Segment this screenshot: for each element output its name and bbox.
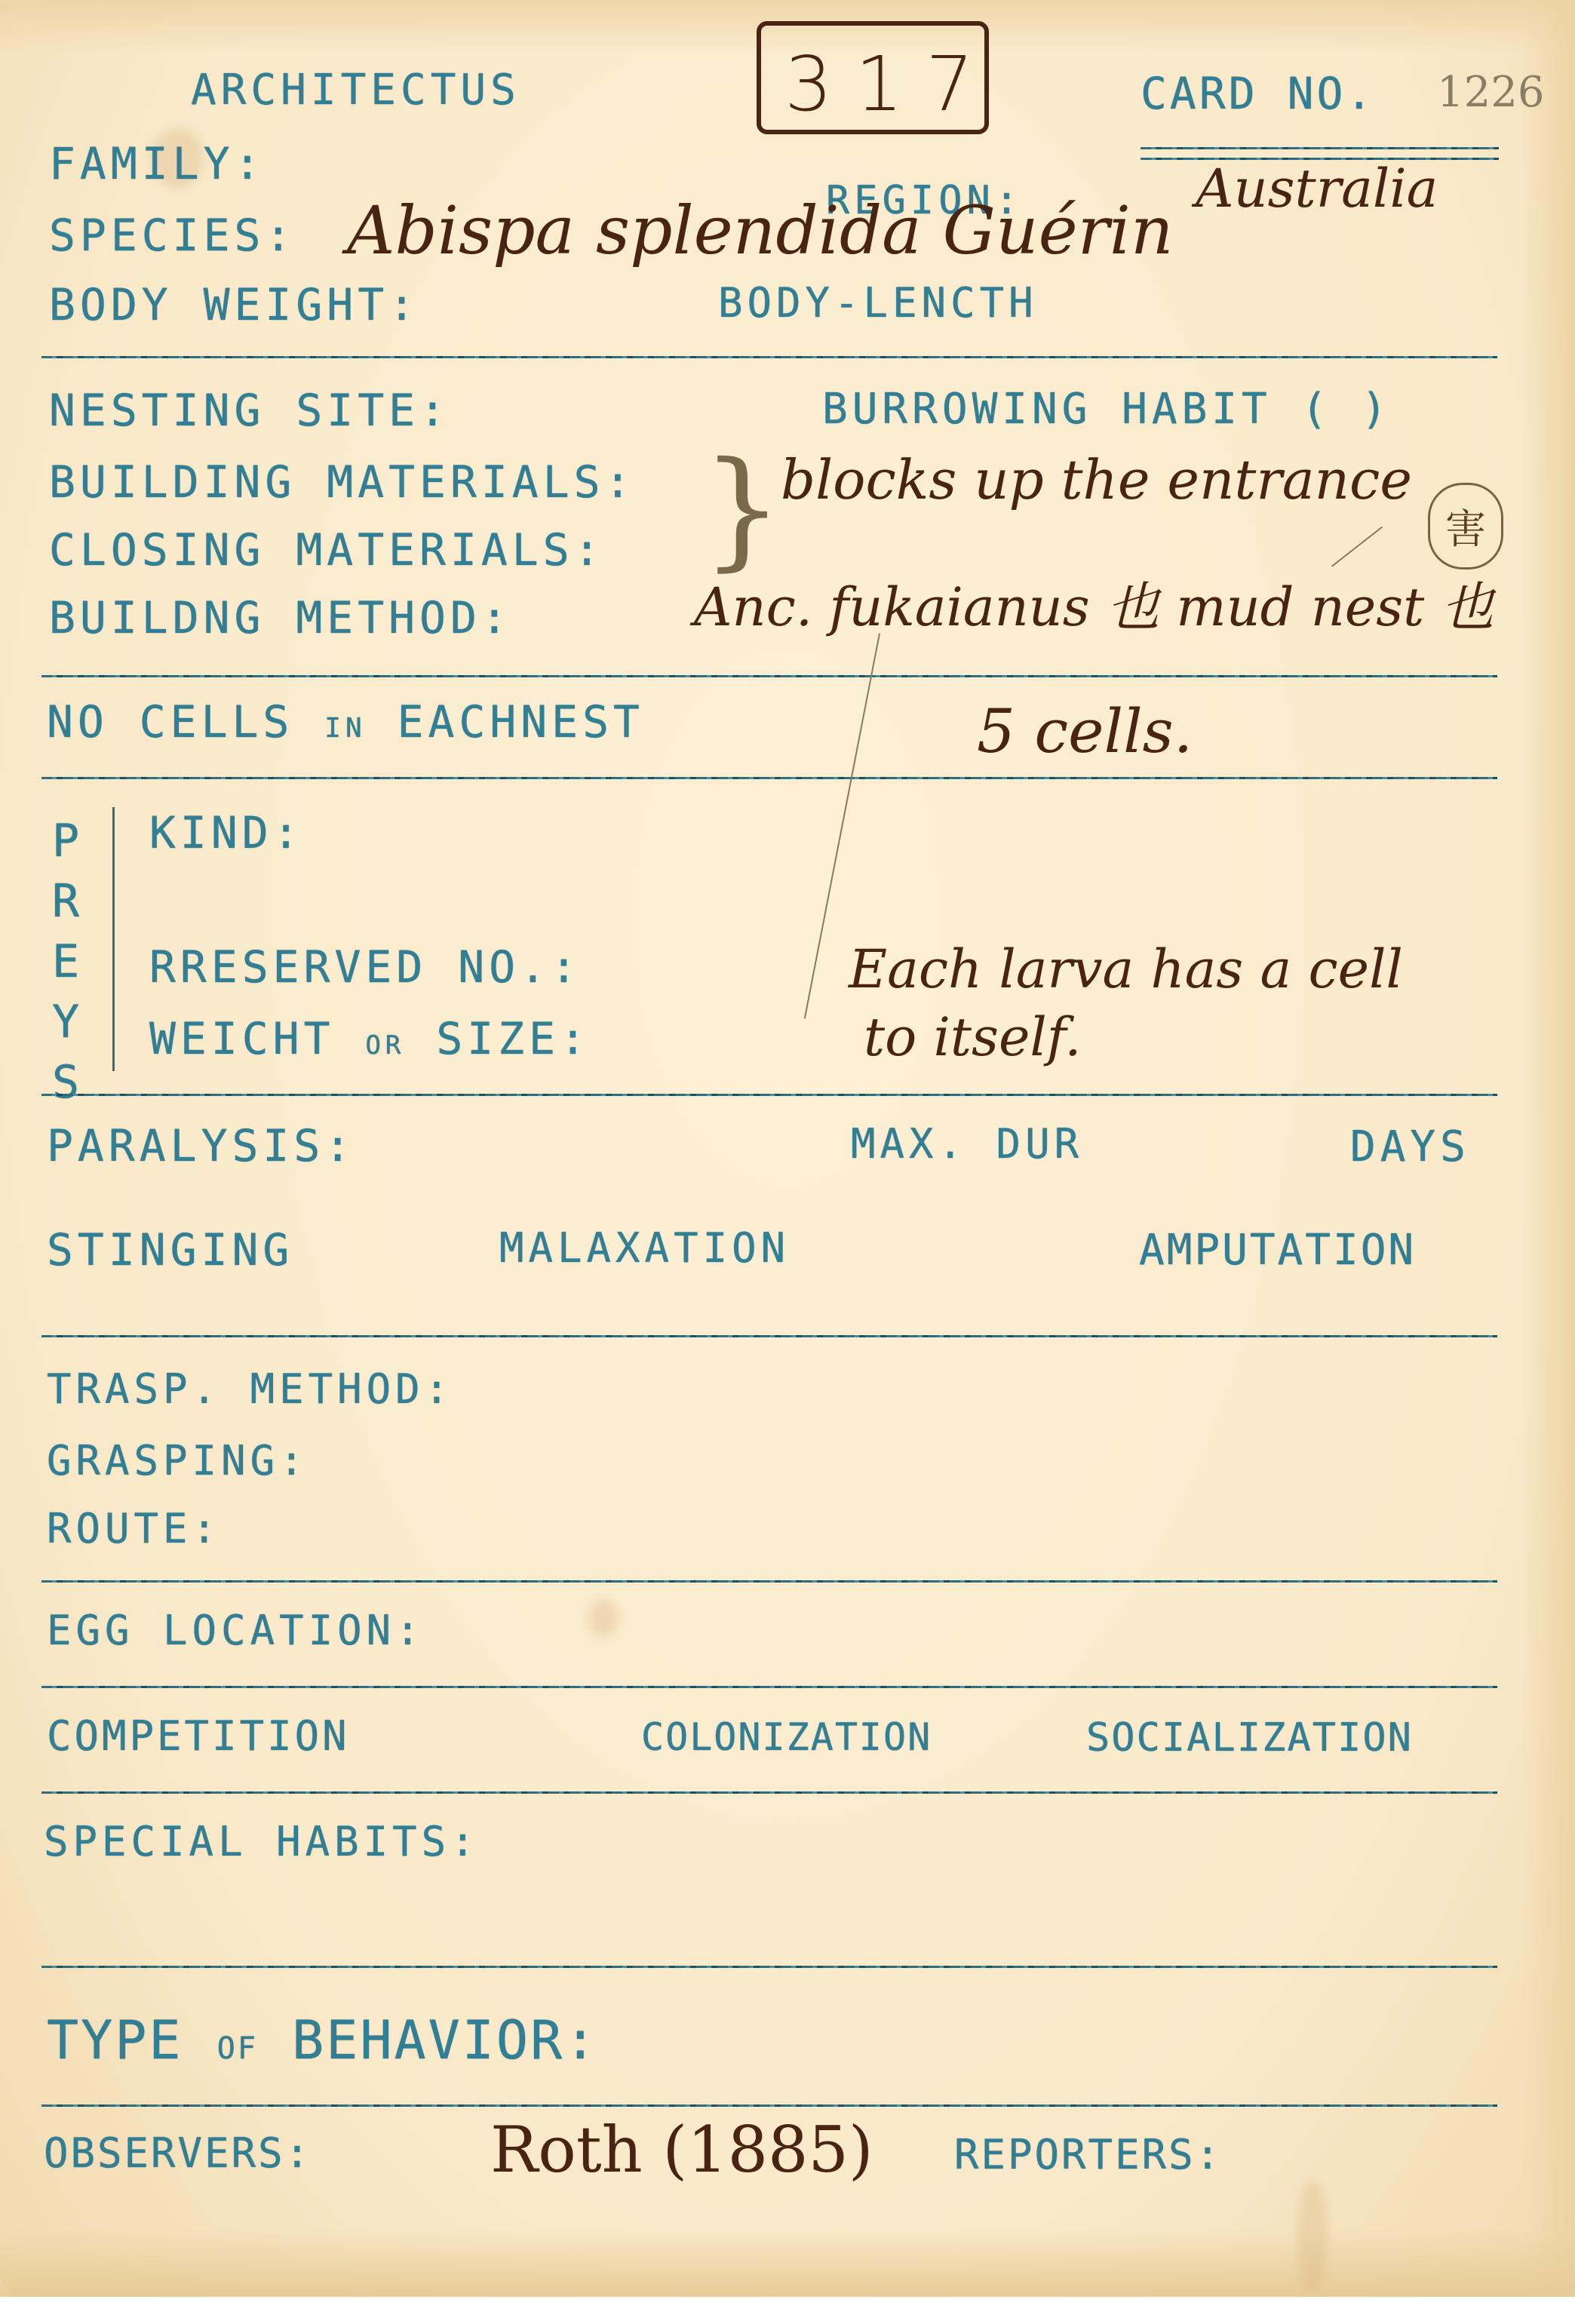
category-label: ARCHITECTUS [191,69,520,112]
region-value: Australia [1196,162,1438,215]
divider [41,1094,1497,1096]
stinging-label: STINGING [47,1228,293,1272]
boxed-number-value: 317 [784,47,996,122]
prey-note-line2: to itself. [864,1011,1081,1064]
special-habits-label: SPECIAL HABITS: [44,1822,480,1862]
reserved-no-label: RRESERVED NO.: [149,945,582,989]
divider [41,675,1497,677]
preys-letter: E [47,932,84,992]
body-weight-label: BODY WEIGHT: [49,283,419,327]
competition-label: COMPETITION [47,1716,350,1757]
route-label: ROUTE: [47,1509,221,1549]
kind-label: KIND: [149,811,304,855]
pencil-mark [1331,527,1383,567]
reporters-label: REPORTERS: [954,2135,1222,2175]
burrowing-habit-label: BURROWING HABIT ( ) [822,388,1392,431]
stain [1297,2180,1328,2293]
size-label: SIZE: [436,1013,591,1064]
type-of-behavior-label: TYPE OF BEHAVIOR: [47,2014,598,2067]
type-label: TYPE [47,2009,183,2071]
cells-label-in: IN [324,713,366,744]
amputation-label: AMPUTATION [1139,1230,1416,1272]
building-method-label: BUILDNG METHOD: [49,596,512,640]
type-of: OF [217,2031,258,2066]
paper-edge-right [1522,0,1575,2297]
card-no-value: 1226 [1437,72,1545,114]
preys-side-label: P R E Y S [47,811,84,1113]
nesting-site-label: NESTING SITE: [49,388,450,432]
cells-label: NO CELLS IN EACHNEST [47,700,644,744]
stain [588,1599,619,1637]
egg-location-label: EGG LOCATION: [47,1610,425,1651]
cells-label-part1: NO CELLS [47,696,293,748]
card-no-underline [1141,147,1499,149]
divider [41,777,1497,779]
building-materials-label: BUILDING MATERIALS: [49,460,635,504]
divider [41,1335,1497,1337]
cells-label-part2: EACHNEST [398,696,644,748]
socialization-label: SOCIALIZATION [1086,1718,1413,1758]
materials-brace: } [702,445,783,573]
materials-value: blocks up the entrance [781,453,1412,507]
malaxation-label: MALAXATION [499,1228,790,1269]
preys-letter: R [47,871,84,932]
max-dur-label: MAX. DUR [851,1124,1083,1165]
card-no-label: CARD NO. [1141,72,1375,115]
colonization-label: COLONIZATION [641,1718,932,1756]
divider [41,1791,1497,1794]
weight-or: OR [365,1030,405,1061]
trasp-method-label: TRASP. METHOD: [47,1369,453,1410]
preys-vertical-rule [112,807,115,1071]
divider [41,356,1497,358]
observers-label: OBSERVERS: [44,2133,312,2174]
days-label: DAYS [1350,1126,1470,1168]
closing-materials-label: CLOSING MATERIALS: [49,528,605,572]
preys-letter: P [47,811,84,871]
divider [41,1686,1497,1688]
building-method-value: Anc. fukaianus 也 mud nest 也 [694,581,1494,634]
divider [41,1966,1497,1968]
paralysis-label: PARALYSIS: [47,1124,355,1168]
cells-value: 5 cells. [977,701,1193,762]
prey-note-line1: Each larva has a cell [849,943,1403,996]
preys-letter: Y [47,992,84,1052]
observers-value: Roth (1885) [490,2118,873,2181]
behavior-label: BEHAVIOR: [292,2009,598,2071]
species-label: SPECIES: [49,213,296,257]
index-card: ARCHITECTUS 317 CARD NO. 1226 FAMILY: RE… [0,0,1575,2297]
paper-edge-bottom [0,2229,1575,2297]
grasping-label: GRASPING: [47,1441,309,1481]
divider [41,1580,1497,1583]
divider [41,2104,1497,2107]
preys-letter: S [47,1052,84,1113]
body-length-label: BODY-LENCTH [718,283,1038,324]
seal-stamp: 害 [1428,483,1503,569]
family-label: FAMILY: [49,142,265,186]
species-value: Abispa splendida Guérin [347,198,1174,264]
weight-label: WEICHT [149,1013,335,1064]
weight-size-label: WEICHT OR SIZE: [149,1017,591,1061]
